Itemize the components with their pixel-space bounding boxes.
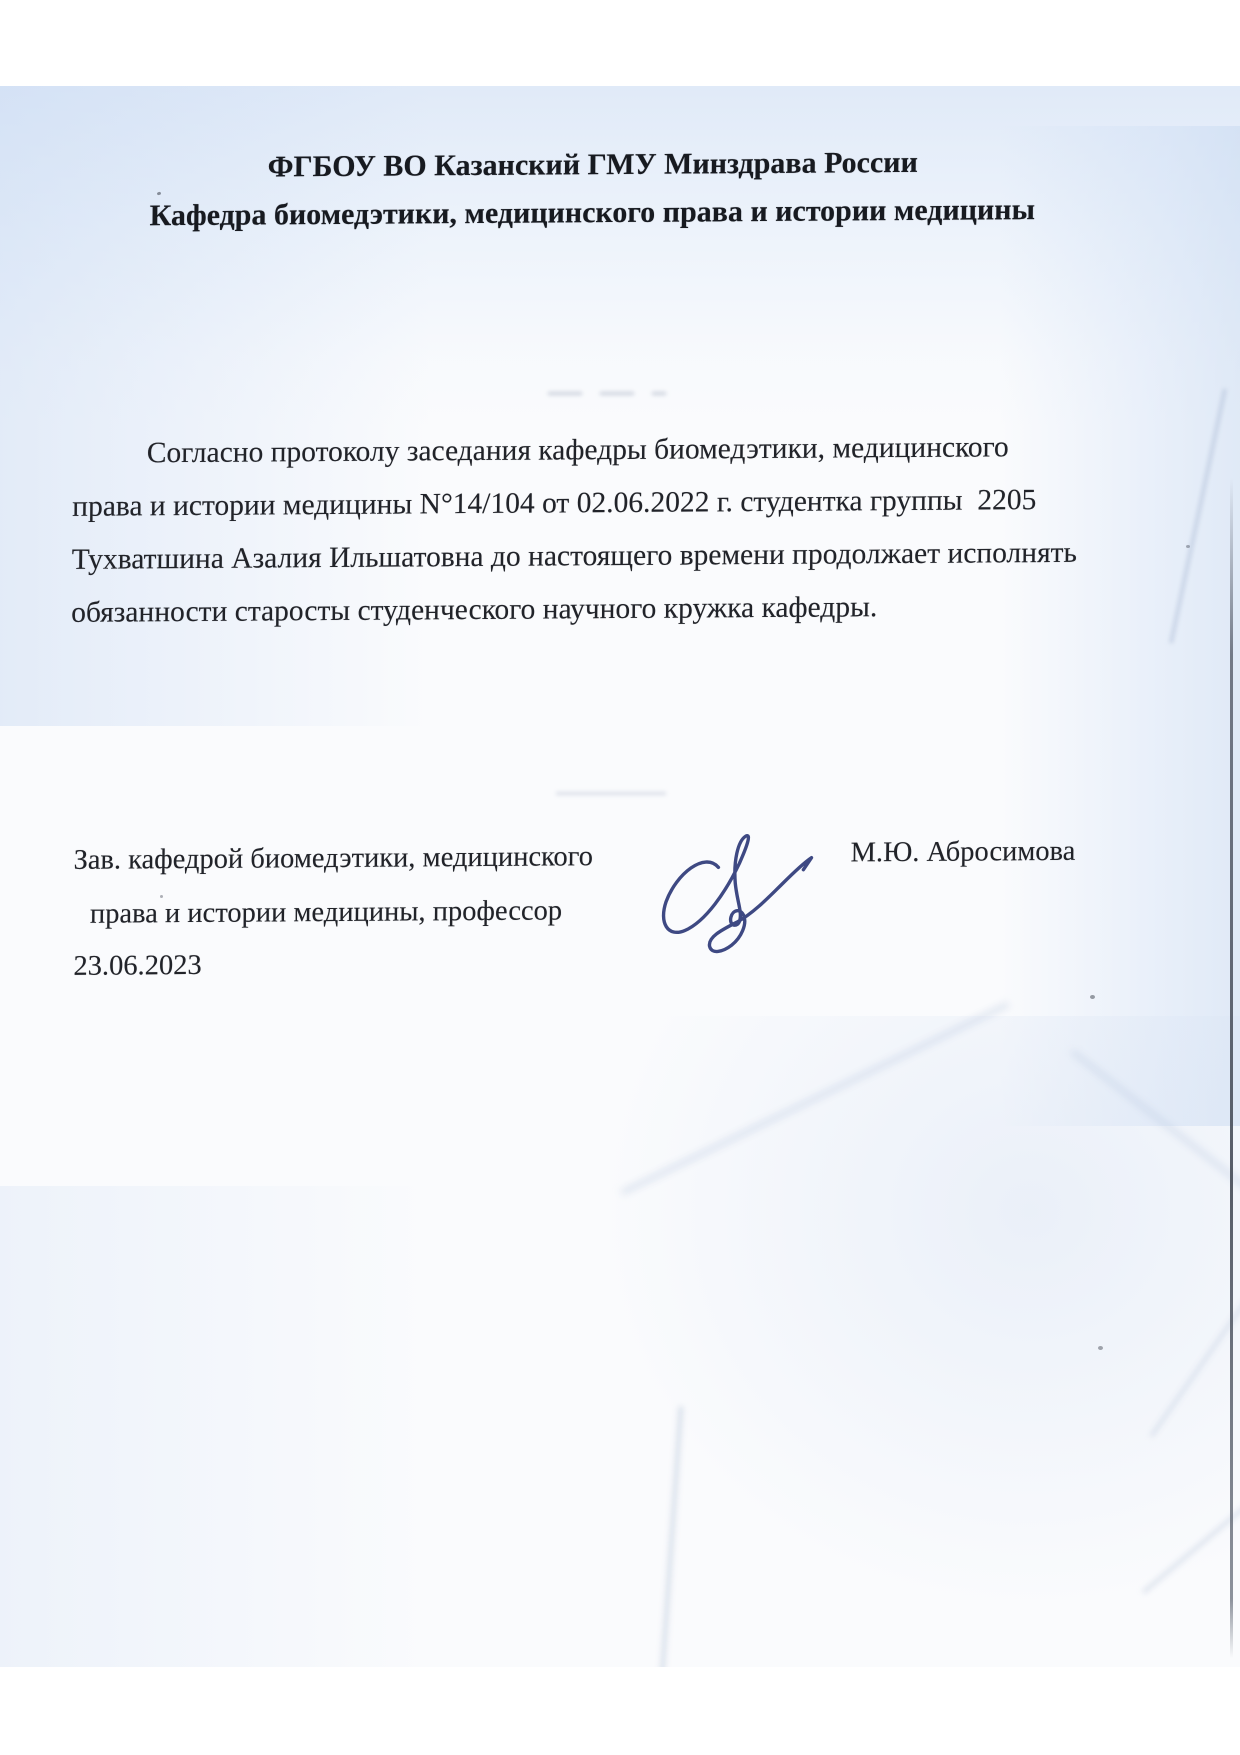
- handwritten-signature-icon: [645, 825, 818, 968]
- document-header: ФГБОУ ВО Казанский ГМУ Минздрава России …: [5, 144, 1180, 248]
- body-line: Согласно протоколу заседания кафедры био…: [73, 420, 1184, 481]
- body-line: обязанности старосты студенческого научн…: [71, 579, 1182, 640]
- signer-name: М.Ю. Абросимова: [850, 835, 1075, 871]
- document-content: ФГБОУ ВО Казанский ГМУ Минздрава России …: [0, 86, 1240, 1667]
- body-line: права и истории медицины N°14/104 от 02.…: [72, 473, 1183, 534]
- header-line-2: Кафедра биомедэтики, медицинского права …: [5, 192, 1179, 234]
- signer-role-line-1: Зав. кафедрой биомедэтики, медицинского: [73, 840, 593, 878]
- scanned-document-page: ФГБОУ ВО Казанский ГМУ Минздрава России …: [0, 86, 1240, 1667]
- body-line: Тухватшина Азалия Ильшатовна до настояще…: [71, 526, 1182, 587]
- signature-date: 23.06.2023: [73, 949, 202, 984]
- header-line-1: ФГБОУ ВО Казанский ГМУ Минздрава России: [6, 144, 1180, 186]
- body-paragraph: Согласно протоколу заседания кафедры био…: [71, 420, 1183, 640]
- signer-role-line-2: права и истории медицины, профессор: [90, 894, 562, 931]
